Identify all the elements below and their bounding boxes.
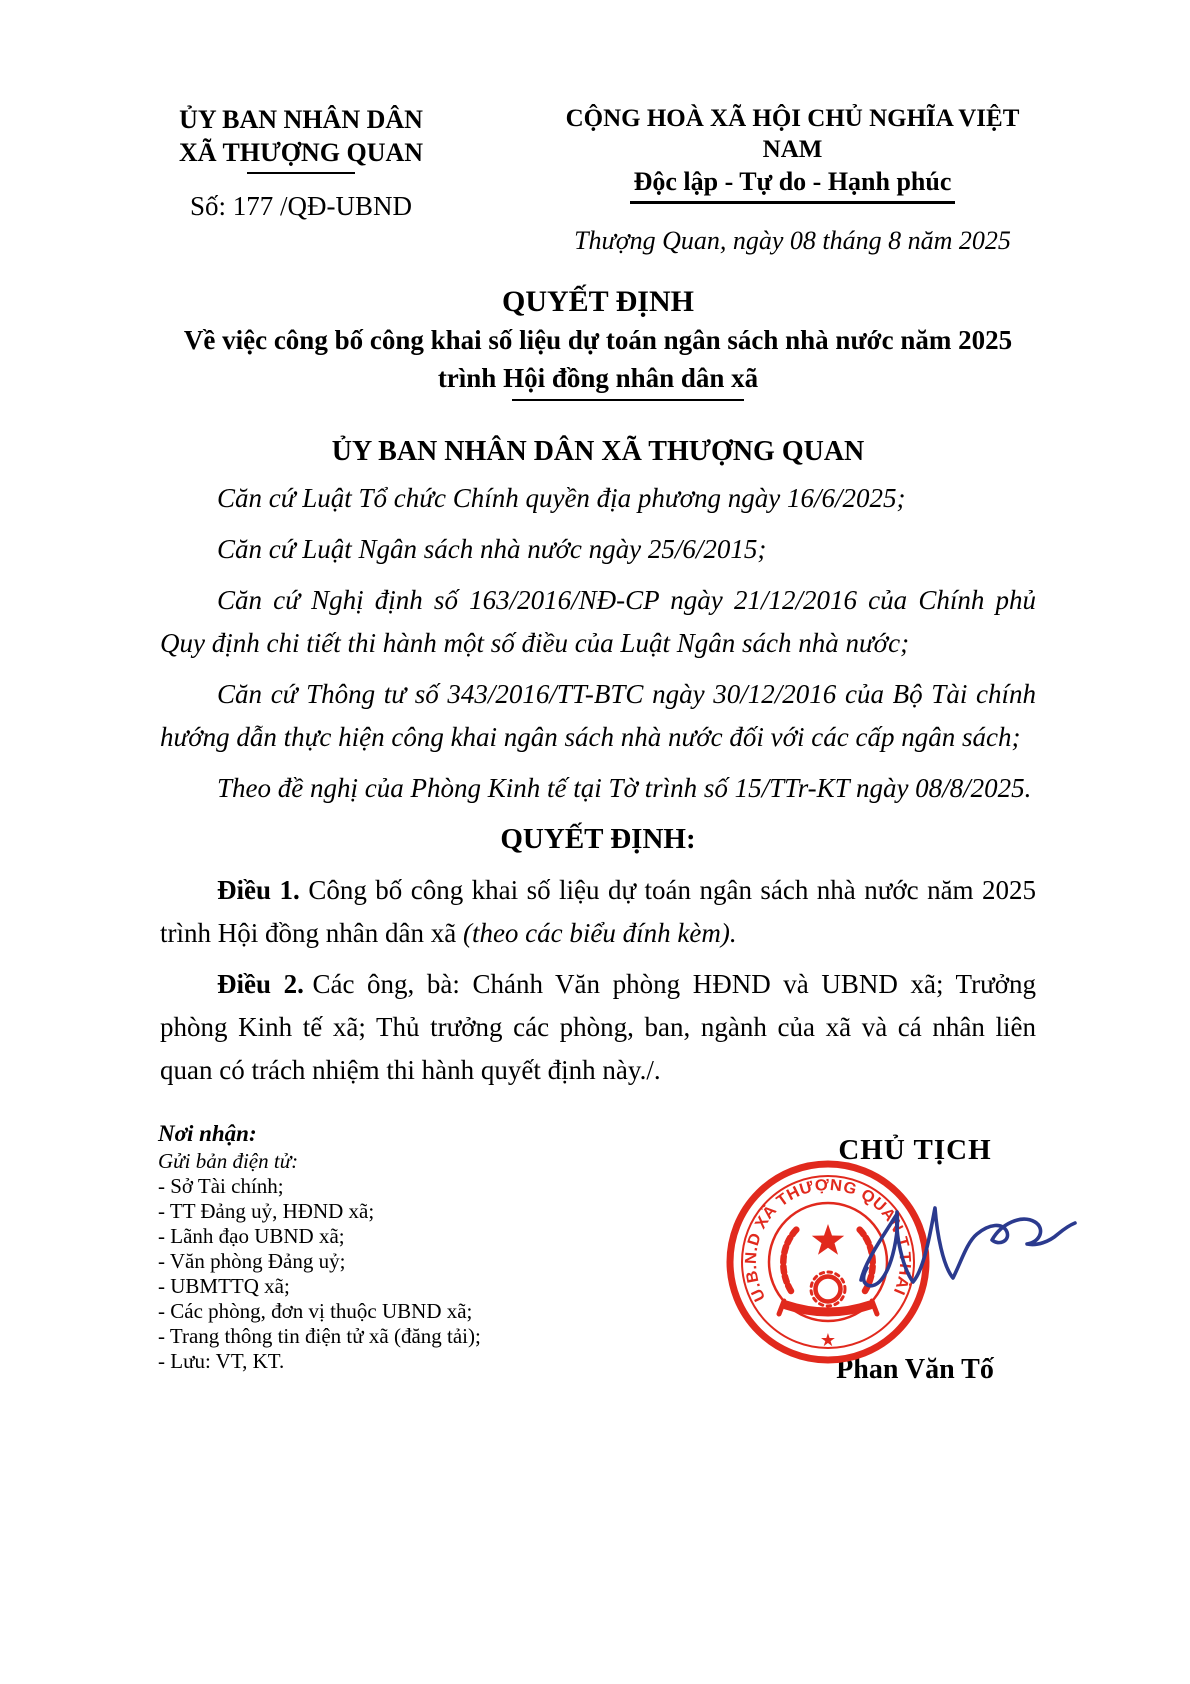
recipient-item: - Văn phòng Đảng uỷ;	[158, 1249, 481, 1274]
date-place-line: Thượng Quan, ngày 08 tháng 8 năm 2025	[540, 226, 1045, 256]
title-block: QUYẾT ĐỊNH Về việc công bố công khai số …	[160, 283, 1036, 401]
recipients-block: Nơi nhận: Gửi bản điện tử: - Sở Tài chín…	[158, 1120, 481, 1374]
preamble-paragraph-1: Căn cứ Luật Tổ chức Chính quyền địa phươ…	[160, 477, 1036, 520]
recipient-item: - Lãnh đạo UBND xã;	[158, 1224, 481, 1249]
org-name-line1: ỦY BAN NHÂN DÂN	[118, 103, 484, 136]
document-body: Căn cứ Luật Tổ chức Chính quyền địa phươ…	[160, 477, 1036, 1100]
article-2-label: Điều 2.	[217, 969, 304, 999]
footer-block: Nơi nhận: Gửi bản điện tử: - Sở Tài chín…	[0, 1118, 1190, 1678]
preamble-paragraph-5: Theo đề nghị của Phòng Kinh tế tại Tờ tr…	[160, 767, 1036, 810]
stamp-bottom-star-icon: ★	[820, 1330, 836, 1350]
article-1-italic-note: (theo các biểu đính kèm).	[463, 918, 737, 948]
signature-ink	[853, 1188, 1081, 1314]
motto-wrap: Độc lập - Tự do - Hạnh phúc	[540, 167, 1045, 204]
recipients-heading: Nơi nhận:	[158, 1120, 481, 1148]
preamble-paragraph-4: Căn cứ Thông tư số 343/2016/TT-BTC ngày …	[160, 673, 1036, 759]
preamble-paragraph-2: Căn cứ Luật Ngân sách nhà nước ngày 25/6…	[160, 528, 1036, 571]
recipient-item: - TT Đảng uỷ, HĐND xã;	[158, 1199, 481, 1224]
decision-heading: QUYẾT ĐỊNH:	[160, 818, 1036, 861]
motto-line: Độc lập - Tự do - Hạnh phúc	[630, 167, 956, 204]
recipient-item: - Các phòng, đơn vị thuộc UBND xã;	[158, 1299, 481, 1324]
org-separator-line	[247, 172, 355, 174]
recipients-subheading: Gửi bản điện tử:	[158, 1148, 481, 1174]
article-1-paragraph: Điều 1.Công bố công khai số liệu dự toán…	[160, 869, 1036, 955]
national-header-block: CỘNG HOÀ XÃ HỘI CHỦ NGHĨA VIỆT NAM Độc l…	[540, 103, 1045, 256]
national-title-line: CỘNG HOÀ XÃ HỘI CHỦ NGHĨA VIỆT NAM	[540, 103, 1045, 165]
org-name-line2: XÃ THƯỢNG QUAN	[118, 136, 484, 169]
issuing-org-block: ỦY BAN NHÂN DÂN XÃ THƯỢNG QUAN Số: 177 /…	[118, 103, 484, 222]
recipient-item: - Trang thông tin điện tử xã (đăng tải);	[158, 1324, 481, 1349]
issuer-heading: ỦY BAN NHÂN DÂN XÃ THƯỢNG QUAN	[160, 436, 1036, 468]
document-subject-line1: Về việc công bố công khai số liệu dự toá…	[160, 321, 1036, 359]
article-1-label: Điều 1.	[217, 875, 300, 905]
document-number: Số: 177 /QĐ-UBND	[118, 191, 484, 222]
title-separator-line	[512, 399, 744, 401]
document-page: ỦY BAN NHÂN DÂN XÃ THƯỢNG QUAN Số: 177 /…	[0, 0, 1190, 1684]
document-type-heading: QUYẾT ĐỊNH	[160, 283, 1036, 321]
preamble-paragraph-3: Căn cứ Nghị định số 163/2016/NĐ-CP ngày …	[160, 579, 1036, 665]
recipient-item: - UBMTTQ xã;	[158, 1274, 481, 1299]
document-subject-line2: trình Hội đồng nhân dân xã	[160, 359, 1036, 397]
recipient-item: - Sở Tài chính;	[158, 1174, 481, 1199]
article-2-paragraph: Điều 2.Các ông, bà: Chánh Văn phòng HĐND…	[160, 963, 1036, 1092]
recipient-item: - Lưu: VT, KT.	[158, 1349, 481, 1374]
